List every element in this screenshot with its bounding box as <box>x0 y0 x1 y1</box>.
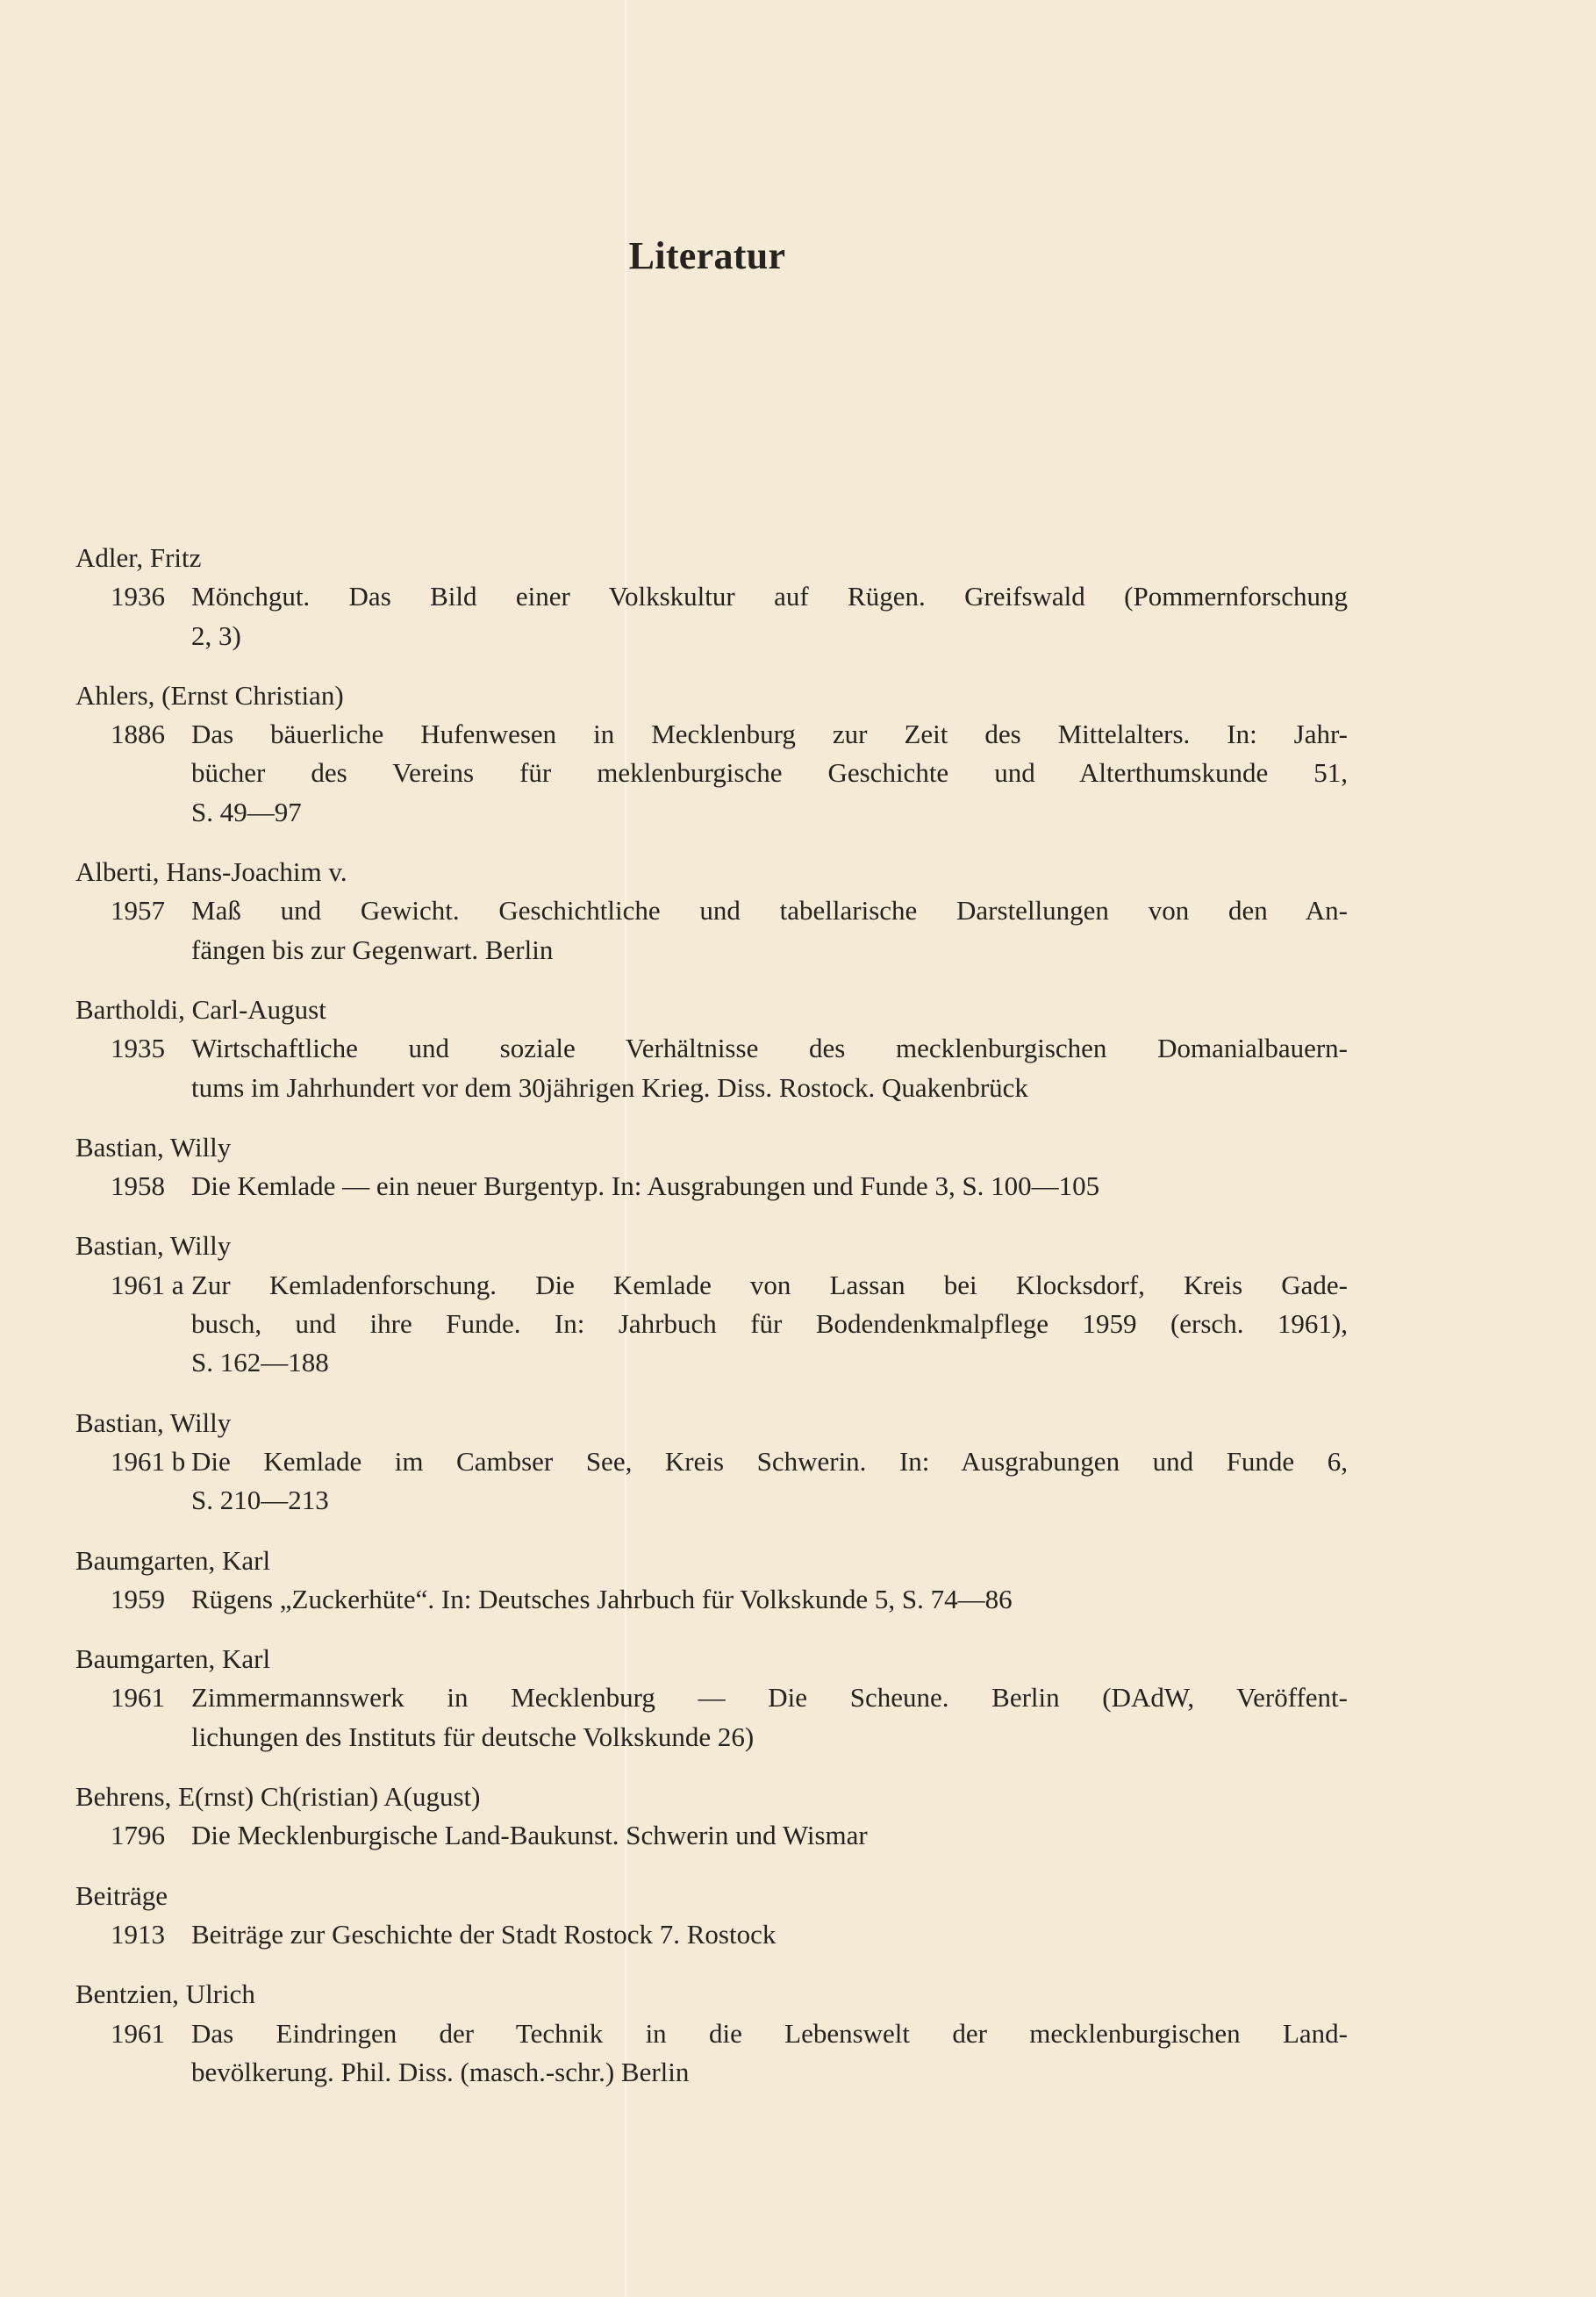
entry-year: 1935 <box>75 1029 191 1068</box>
entry-work: 1961 Zimmermannswerk in Mecklenburg — Di… <box>75 1678 1348 1757</box>
citation-line: Das bäuerliche Hufenwesen in Mecklenburg… <box>191 715 1348 754</box>
entry-citation: Die Kemlade — ein neuer Burgentyp. In: A… <box>191 1167 1348 1206</box>
citation-line: Beiträge zur Geschichte der Stadt Rostoc… <box>191 1915 1348 1954</box>
citation-line: Die Mecklenburgische Land-Baukunst. Schw… <box>191 1816 1348 1855</box>
entry-citation: Zimmermannswerk in Mecklenburg — Die Sch… <box>191 1678 1348 1757</box>
entry-author: Baumgarten, Karl <box>75 1542 1348 1580</box>
entry-year: 1913 <box>75 1915 191 1954</box>
entry-author: Ahlers, (Ernst Christian) <box>75 676 1348 715</box>
entry-work: 1935 Wirtschaftliche und soziale Verhält… <box>75 1029 1348 1107</box>
entry-author: Bartholdi, Carl-August <box>75 991 1348 1029</box>
citation-line: Wirtschaftliche und soziale Verhältnisse… <box>191 1029 1348 1068</box>
citation-line: 2, 3) <box>191 617 1348 655</box>
entry-work: 1936 Mönchgut. Das Bild einer Volkskultu… <box>75 577 1348 655</box>
entry-work: 1961 a Zur Kemladenforschung. Die Kemlad… <box>75 1266 1348 1383</box>
bibliography-entry: Adler, Fritz 1936 Mönchgut. Das Bild ein… <box>75 539 1348 655</box>
entry-citation: Wirtschaftliche und soziale Verhältnisse… <box>191 1029 1348 1107</box>
bibliography-entry: Bartholdi, Carl-August 1935 Wirtschaftli… <box>75 991 1348 1107</box>
entry-author: Bastian, Willy <box>75 1227 1348 1265</box>
citation-line: fängen bis zur Gegenwart. Berlin <box>191 931 1348 970</box>
entry-citation: Das bäuerliche Hufenwesen in Mecklenburg… <box>191 715 1348 832</box>
bibliography-entry: Alberti, Hans-Joachim v. 1957 Maß und Ge… <box>75 853 1348 970</box>
entry-year: 1961 a <box>75 1266 191 1305</box>
entry-work: 1961 Das Eindringen der Technik in die L… <box>75 2014 1348 2093</box>
citation-line: bevölkerung. Phil. Diss. (masch.-schr.) … <box>191 2053 1348 2092</box>
entry-work: 1959 Rügens „Zuckerhüte“. In: Deutsches … <box>75 1580 1348 1619</box>
bibliography-entry: Behrens, E(rnst) Ch(ristian) A(ugust) 17… <box>75 1778 1348 1856</box>
entry-year: 1961 <box>75 1678 191 1717</box>
entry-year: 1961 <box>75 2014 191 2053</box>
entry-citation: Rügens „Zuckerhüte“. In: Deutsches Jahrb… <box>191 1580 1348 1619</box>
bibliography-entry: Baumgarten, Karl 1959 Rügens „Zuckerhüte… <box>75 1542 1348 1620</box>
entry-citation: Die Mecklenburgische Land-Baukunst. Schw… <box>191 1816 1348 1855</box>
entry-citation: Die Kemlade im Cambser See, Kreis Schwer… <box>191 1442 1348 1521</box>
entry-author: Baumgarten, Karl <box>75 1640 1348 1678</box>
entry-year: 1936 <box>75 577 191 616</box>
entry-work: 1913 Beiträge zur Geschichte der Stadt R… <box>75 1915 1348 1954</box>
entry-year: 1796 <box>75 1816 191 1855</box>
entry-year: 1958 <box>75 1167 191 1206</box>
citation-line: Zur Kemladenforschung. Die Kemlade von L… <box>191 1266 1348 1305</box>
entry-work: 1886 Das bäuerliche Hufenwesen in Meckle… <box>75 715 1348 832</box>
citation-line: S. 210—213 <box>191 1481 1348 1520</box>
entry-author: Bastian, Willy <box>75 1404 1348 1442</box>
bibliography-entry: Bastian, Willy 1958 Die Kemlade — ein ne… <box>75 1128 1348 1206</box>
citation-line: Die Kemlade — ein neuer Burgentyp. In: A… <box>191 1167 1348 1206</box>
entry-citation: Maß und Gewicht. Geschichtliche und tabe… <box>191 891 1348 970</box>
entry-author: Adler, Fritz <box>75 539 1348 577</box>
bibliography-entry: Baumgarten, Karl 1961 Zimmermannswerk in… <box>75 1640 1348 1757</box>
bibliography-entry: Bastian, Willy 1961 b Die Kemlade im Cam… <box>75 1404 1348 1521</box>
bibliography-entry: Bastian, Willy 1961 a Zur Kemladenforsch… <box>75 1227 1348 1382</box>
entry-work: 1796 Die Mecklenburgische Land-Baukunst.… <box>75 1816 1348 1855</box>
entry-citation: Beiträge zur Geschichte der Stadt Rostoc… <box>191 1915 1348 1954</box>
citation-line: S. 49—97 <box>191 793 1348 832</box>
bibliography-entry: Beiträge 1913 Beiträge zur Geschichte de… <box>75 1877 1348 1955</box>
bibliography-list: Adler, Fritz 1936 Mönchgut. Das Bild ein… <box>75 539 1348 2113</box>
citation-line: Maß und Gewicht. Geschichtliche und tabe… <box>191 891 1348 930</box>
bibliography-entry: Ahlers, (Ernst Christian) 1886 Das bäuer… <box>75 676 1348 832</box>
entry-author: Alberti, Hans-Joachim v. <box>75 853 1348 891</box>
entry-year: 1959 <box>75 1580 191 1619</box>
entry-work: 1961 b Die Kemlade im Cambser See, Kreis… <box>75 1442 1348 1521</box>
citation-line: busch, und ihre Funde. In: Jahrbuch für … <box>191 1305 1348 1343</box>
citation-line: Rügens „Zuckerhüte“. In: Deutsches Jahrb… <box>191 1580 1348 1619</box>
entry-citation: Zur Kemladenforschung. Die Kemlade von L… <box>191 1266 1348 1383</box>
citation-line: bücher des Vereins für meklenburgische G… <box>191 754 1348 792</box>
entry-work: 1958 Die Kemlade — ein neuer Burgentyp. … <box>75 1167 1348 1206</box>
entry-author: Behrens, E(rnst) Ch(ristian) A(ugust) <box>75 1778 1348 1816</box>
citation-line: lichungen des Instituts für deutsche Vol… <box>191 1718 1348 1757</box>
page-title: Literatur <box>0 234 1414 278</box>
entry-author: Beiträge <box>75 1877 1348 1915</box>
citation-line: Das Eindringen der Technik in die Lebens… <box>191 2014 1348 2053</box>
entry-citation: Das Eindringen der Technik in die Lebens… <box>191 2014 1348 2093</box>
citation-line: Die Kemlade im Cambser See, Kreis Schwer… <box>191 1442 1348 1481</box>
bibliography-entry: Bentzien, Ulrich 1961 Das Eindringen der… <box>75 1975 1348 2092</box>
citation-line: S. 162—188 <box>191 1343 1348 1382</box>
citation-line: Mönchgut. Das Bild einer Volkskultur auf… <box>191 577 1348 616</box>
entry-year: 1957 <box>75 891 191 930</box>
entry-author: Bastian, Willy <box>75 1128 1348 1167</box>
entry-year: 1961 b <box>75 1442 191 1481</box>
entry-work: 1957 Maß und Gewicht. Geschichtliche und… <box>75 891 1348 970</box>
citation-line: Zimmermannswerk in Mecklenburg — Die Sch… <box>191 1678 1348 1717</box>
citation-line: tums im Jahrhundert vor dem 30jährigen K… <box>191 1069 1348 1107</box>
entry-author: Bentzien, Ulrich <box>75 1975 1348 2014</box>
entry-citation: Mönchgut. Das Bild einer Volkskultur auf… <box>191 577 1348 655</box>
entry-year: 1886 <box>75 715 191 754</box>
